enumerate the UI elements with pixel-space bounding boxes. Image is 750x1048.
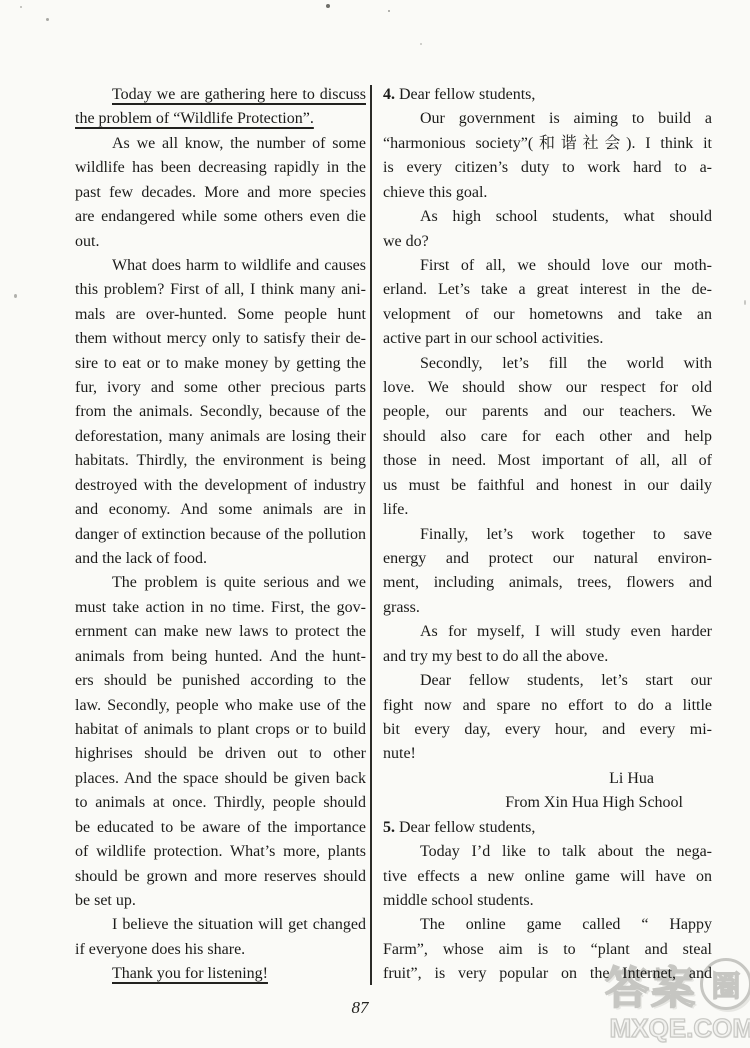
text-line: if everyone does his share.	[75, 938, 366, 962]
text-line: active part in our school activities.	[383, 327, 712, 351]
text-line: us must be faithful and honest in our da…	[383, 474, 712, 498]
text-line: to animals at once. Thirdly, people shou…	[75, 791, 366, 815]
text-line: ers should be punished according to the	[75, 669, 366, 693]
text-line: As for myself, I will study even harder	[383, 620, 712, 644]
item-number: 5.	[383, 819, 395, 836]
text-line: out.	[75, 230, 366, 254]
text-line: I believe the situation will get changed	[75, 913, 366, 937]
text-line: As high school students, what should	[383, 205, 712, 229]
item-number: 4.	[383, 86, 395, 103]
text-line: nute!	[383, 742, 712, 766]
text-line: of wildlife protection. What’s more, pla…	[75, 840, 366, 864]
text-line: energy and protect our natural environ-	[383, 547, 712, 571]
text-line: must take action in no time. First, the …	[75, 596, 366, 620]
text-line: middle school students.	[383, 889, 712, 913]
text-line: this problem? First of all, I think many…	[75, 278, 366, 302]
text-line: past few decades. More and more species	[75, 181, 366, 205]
text-line: animals from being hunted. And the hunt-	[75, 645, 366, 669]
text-line: As we all know, the number of some	[75, 132, 366, 156]
text-line: the problem of “Wildlife Protection”.	[75, 107, 366, 131]
text-line: destroyed with the development of indust…	[75, 474, 366, 498]
text-line: The problem is quite serious and we	[75, 571, 366, 595]
text-line: 4. Dear fellow students,	[383, 83, 712, 107]
text-line: Li Hua	[383, 767, 712, 791]
column-divider-line	[370, 85, 372, 985]
text-line: Finally, let’s work together to save	[383, 523, 712, 547]
text-line: law. Secondly, people who make use of th…	[75, 694, 366, 718]
text-line: chieve this goal.	[383, 181, 712, 205]
text-line: we do?	[383, 230, 712, 254]
text-line: velopment of our hometowns and take an	[383, 303, 712, 327]
text-line: be set up.	[75, 889, 366, 913]
text-line: bit every day, every hour, and every mi-	[383, 718, 712, 742]
text-line: fur, ivory and some other precious parts	[75, 376, 366, 400]
scan-speck	[744, 300, 746, 305]
text-line: and economy. And some animals are in	[75, 498, 366, 522]
text-line: highrises should be driven out to other	[75, 742, 366, 766]
text-line: them without mercy only to satisfy their…	[75, 327, 366, 351]
text-line: 5. Dear fellow students,	[383, 816, 712, 840]
text-line: sire to eat or to make money by getting …	[75, 352, 366, 376]
text-line: should be grown and more reserves should	[75, 865, 366, 889]
text-line: erland. Let’s take a great interest in t…	[383, 278, 712, 302]
watermark-site-url: MXQE.COM	[600, 1013, 750, 1044]
text-line: Dear fellow students, let’s start our	[383, 669, 712, 693]
text-line: From Xin Hua High School	[383, 791, 712, 815]
text-line: are endangered while some others even di…	[75, 205, 366, 229]
right-column: 4. Dear fellow students,Our government i…	[383, 83, 712, 987]
text-line: Today I’d like to talk about the nega-	[383, 840, 712, 864]
text-line: people, our parents and our teachers. We	[383, 400, 712, 424]
text-line: Thank you for listening!	[75, 962, 366, 986]
text-line: Today we are gathering here to discuss	[75, 83, 366, 107]
text-line: those in need. Most important of all, al…	[383, 449, 712, 473]
page-number: 87	[330, 998, 390, 1018]
text-line: fight now and spare no effort to do a li…	[383, 694, 712, 718]
text-line: places. And the space should be given ba…	[75, 767, 366, 791]
text-line: love. We should show our respect for old	[383, 376, 712, 400]
text-line: Farm”, whose aim is to “plant and steal	[383, 938, 712, 962]
text-line: Our government is aiming to build a	[383, 107, 712, 131]
text-line: should also care for each other and help	[383, 425, 712, 449]
scan-speck	[20, 6, 22, 8]
scan-speck	[326, 4, 330, 8]
text-line: and the lack of food.	[75, 547, 366, 571]
text-line: grass.	[383, 596, 712, 620]
scan-speck	[14, 294, 17, 298]
text-line: ment, including animals, trees, flowers …	[383, 571, 712, 595]
text-line: Secondly, let’s fill the world with	[383, 352, 712, 376]
scan-speck	[388, 10, 390, 12]
text-line: habitats. Thirdly, the environment is be…	[75, 449, 366, 473]
text-line: is every citizen’s duty to work hard to …	[383, 156, 712, 180]
text-line: tive effects a new online game will have…	[383, 865, 712, 889]
text-line: habitat of animals to plant crops or to …	[75, 718, 366, 742]
text-line: What does harm to wildlife and causes	[75, 254, 366, 278]
text-line: mals are over-hunted. Some people hunt	[75, 303, 366, 327]
text-line: from the animals. Secondly, because of t…	[75, 400, 366, 424]
text-line: The online game called “ Happy	[383, 913, 712, 937]
text-line: First of all, we should love our moth-	[383, 254, 712, 278]
scan-speck	[46, 18, 49, 21]
scan-speck	[420, 43, 422, 45]
text-line: deforestation, many animals are losing t…	[75, 425, 366, 449]
text-line: be educated to be aware of the importanc…	[75, 816, 366, 840]
text-line: wildlife has been decreasing rapidly in …	[75, 156, 366, 180]
text-line: “harmonious society”(和谐社会). I think it	[383, 132, 712, 156]
text-line: ernment can make new laws to protect the	[75, 620, 366, 644]
text-line: life.	[383, 498, 712, 522]
watermark-circle-char: 圈	[711, 964, 740, 1005]
scanned-textbook-page: Today we are gathering here to discussth…	[0, 0, 750, 1048]
left-column: Today we are gathering here to discussth…	[75, 83, 366, 987]
text-line: and try my best to do all the above.	[383, 645, 712, 669]
text-line: fruit”, is very popular on the Internet,…	[383, 962, 712, 986]
text-line: danger of extinction because of the poll…	[75, 523, 366, 547]
